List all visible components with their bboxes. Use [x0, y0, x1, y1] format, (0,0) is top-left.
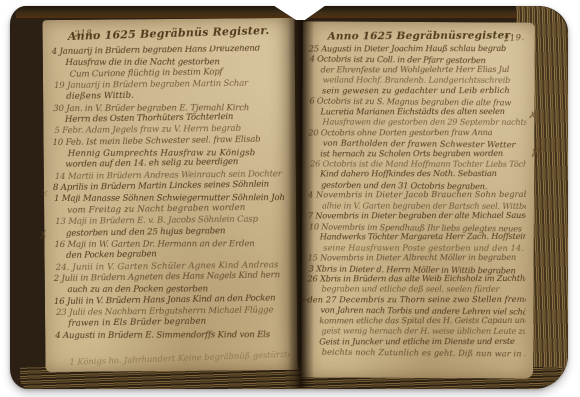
manuscript-line: 15 Novembris in Dieter Albrecht Möller i…: [308, 252, 526, 263]
manuscript-line: ist hernach zu Scholen Orts begraben wor…: [308, 147, 526, 158]
manuscript-line: 20 Octobris ohne Dorten gestorben fraw A…: [308, 126, 526, 137]
manuscript-line: frawen in Els Brüder begraben: [54, 315, 294, 330]
manuscript-line: 26 Xbris in Brüdern das alte Weib Eichsh…: [308, 273, 526, 284]
manuscript-book: 218. Anno 1625 Begräbnüs Register. 4 Jan…: [10, 6, 568, 389]
photo-background: 218. Anno 1625 Begräbnüs Register. 4 Jan…: [0, 0, 580, 397]
manuscript-line: Geist in Juncker und etliche im Dienste …: [307, 336, 525, 347]
manuscript-line: den 27 Decembris zu Thorn seine zwo Stel…: [307, 294, 525, 305]
manuscript-line: Handwerks Töchter Margareta Herr Zach. H…: [308, 231, 526, 242]
pencil-cross-mark: ×: [39, 187, 50, 200]
manuscript-line: kommen etliche das Spital des H. Geists …: [307, 315, 525, 326]
manuscript-line: Kind dahero Hoffkindes des Noth. Sebasti…: [308, 168, 526, 179]
manuscript-line: beichts noch Zutunlich es geht. Diß nun …: [308, 347, 526, 360]
manuscript-text-left: 4 Januarij in Brüdern begraben Hans Dreu…: [52, 45, 295, 342]
manuscript-line: sein gewesen zu gedachter und Leib erbli…: [309, 85, 527, 96]
manuscript-line: 4 Novembris in Dieter Jacob Brauchen Soh…: [308, 189, 526, 200]
manuscript-line: Lucretia Marianen Eichstädts des alten s…: [308, 106, 526, 117]
faded-footer-note: 1 Königs ho. Jahrhundert Keine begräbnüß…: [69, 349, 289, 367]
page-header-left: Anno 1625 Begräbnüs Register.: [42, 23, 294, 43]
margin-arrow-mark: ←: [299, 293, 308, 306]
manuscript-line: dießens Wittib.: [52, 88, 292, 103]
manuscript-line: geist wenig hernach der H. weise übliche…: [309, 326, 527, 337]
page-left: 218. Anno 1625 Begräbnüs Register. 4 Jan…: [42, 18, 297, 372]
page-right: 219. Anno 1625 Begräbnüsregister 25 Augu…: [301, 21, 535, 378]
manuscript-line: 25 Augusti in Dieter Joachim Hauß schlau…: [309, 43, 527, 53]
manuscript-text-right: 25 Augusti in Dieter Joachim Hauß schlau…: [307, 43, 527, 370]
pencil-cross-mark: ✗: [37, 227, 49, 243]
manuscript-line: der Ehrenfeste und Wohlgelehrte Herr Eli…: [309, 64, 527, 75]
margin-cross-mark: ✗✗: [529, 146, 541, 160]
manuscript-line: 7 Novembris in Dieter begraben der alte …: [308, 210, 526, 221]
page-header-right: Anno 1625 Begräbnüsregister: [303, 29, 535, 42]
margin-cross-mark: ✗: [527, 110, 537, 122]
manuscript-line: Hausfrawen die gestorben den 29 Septembr…: [310, 117, 526, 128]
